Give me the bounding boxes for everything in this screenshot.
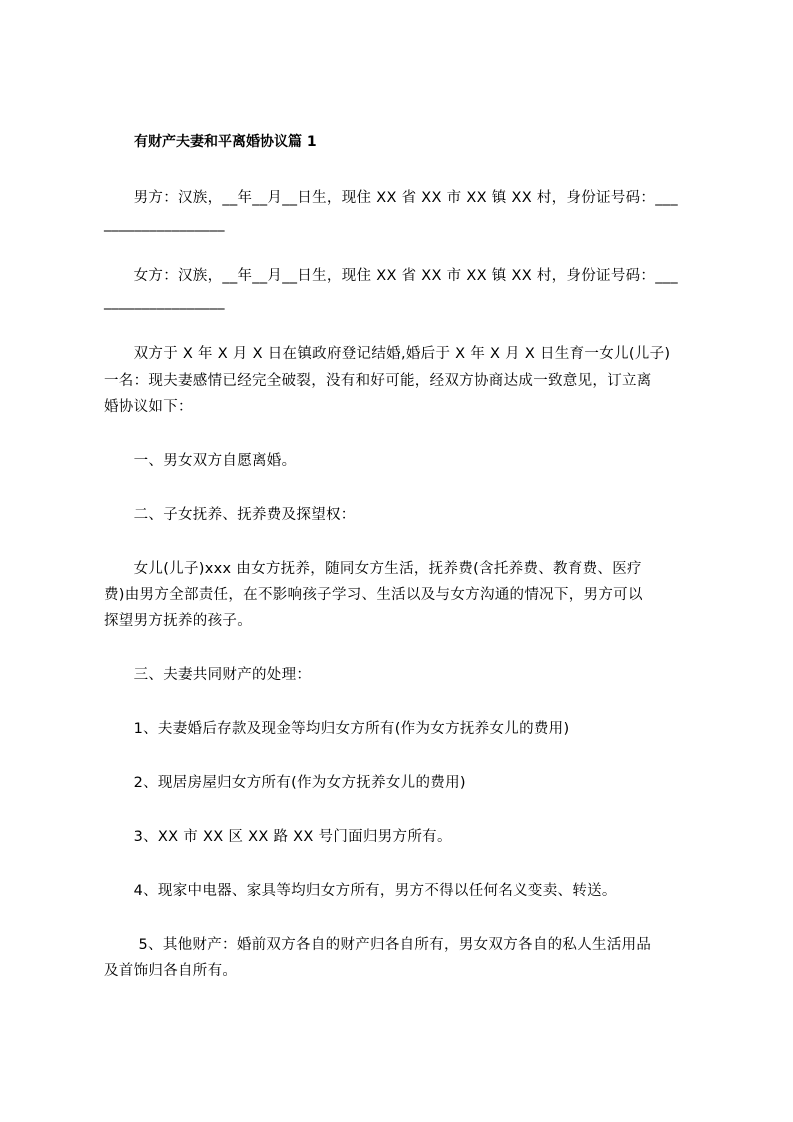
intro-line-3: 婚协议如下： (104, 397, 704, 417)
property-item-5-line-2: 及首饰归各自所有。 (104, 961, 704, 981)
property-item-1: 1、夫妻婚后存款及现金等均归女方所有(作为女方抚养女儿的费用) (104, 719, 704, 739)
property-item-5-line-1: 5、其他财产：婚前双方各自的财产归各自所有，男女双方各自的私人生活用品 (104, 935, 704, 955)
property-item-3: 3、XX 市 XX 区 XX 路 XX 号门面归男方所有。 (104, 827, 704, 847)
male-party-line-2: ________________ (104, 214, 704, 234)
clause-1: 一、男女双方自愿离婚。 (104, 451, 704, 471)
custody-line-3: 探望男方抚养的孩子。 (104, 611, 704, 631)
property-item-4: 4、现家中电器、家具等均归女方所有，男方不得以任何名义变卖、转送。 (104, 881, 704, 901)
male-party-line-1: 男方：汉族，__年__月__日生，现住 XX 省 XX 市 XX 镇 XX 村，… (104, 188, 704, 208)
clause-2: 二、子女抚养、抚养费及探望权： (104, 505, 704, 525)
intro-line-2: 一名：现夫妻感情已经完全破裂，没有和好可能，经双方协商达成一致意见，订立离 (104, 371, 704, 391)
clause-3: 三、夫妻共同财产的处理： (104, 665, 704, 685)
intro-line-1: 双方于 X 年 X 月 X 日在镇政府登记结婚,婚后于 X 年 X 月 X 日生… (104, 344, 704, 364)
custody-line-1: 女儿(儿子)xxx 由女方抚养，随同女方生活，抚养费(含托养费、教育费、医疗 (104, 559, 704, 579)
document-title: 有财产夫妻和平离婚协议篇 1 (134, 132, 317, 152)
custody-line-2: 费)由男方全部责任，在不影响孩子学习、生活以及与女方沟通的情况下，男方可以 (104, 585, 704, 605)
property-item-2: 2、现居房屋归女方所有(作为女方抚养女儿的费用) (104, 773, 704, 793)
document-page: 有财产夫妻和平离婚协议篇 1 男方：汉族，__年__月__日生，现住 XX 省 … (0, 0, 793, 1122)
female-party-line-1: 女方：汉族，__年__月__日生，现住 XX 省 XX 市 XX 镇 XX 村，… (104, 266, 704, 286)
female-party-line-2: ________________ (104, 292, 704, 312)
